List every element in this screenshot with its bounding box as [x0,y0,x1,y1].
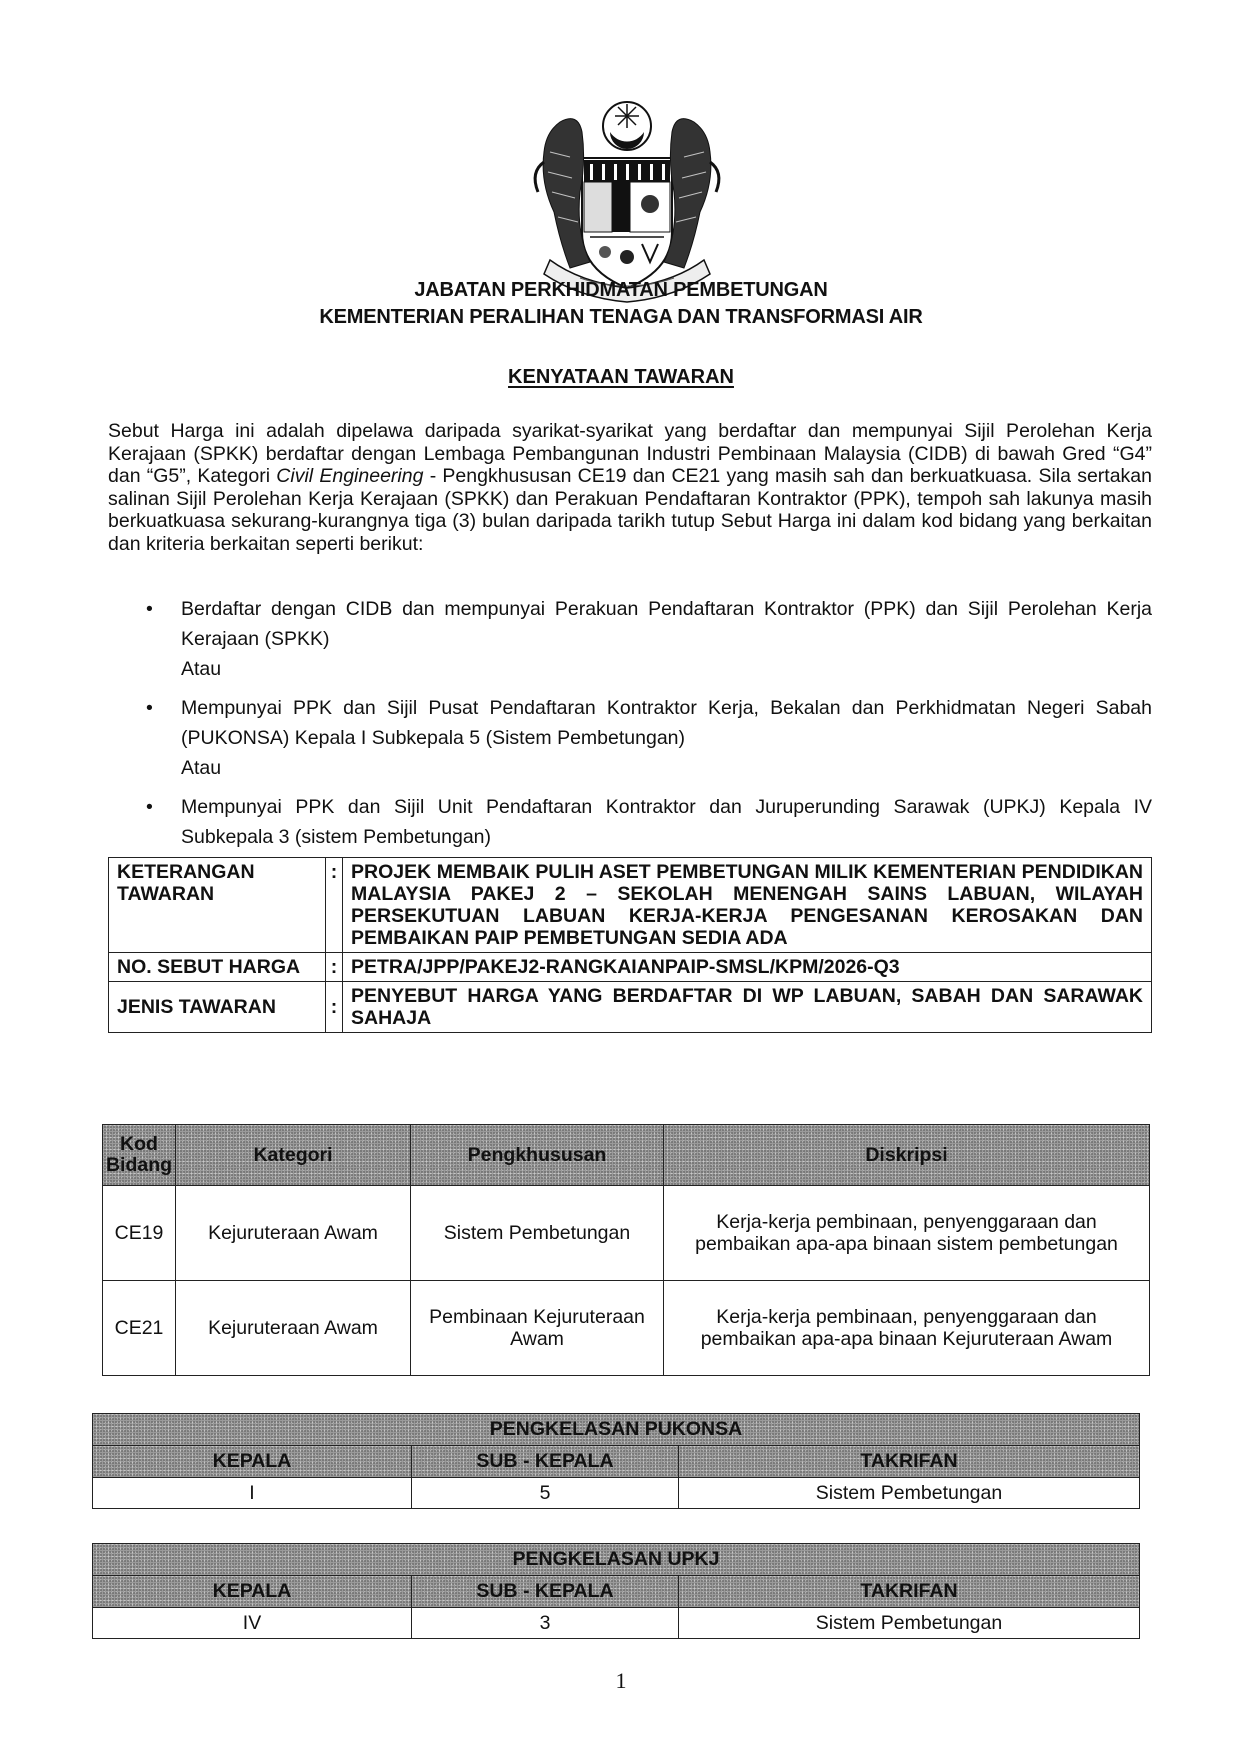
table-cell: I [93,1478,412,1509]
table-cell: Sistem Pembetungan [411,1186,664,1281]
row-label: KETERANGAN TAWARAN [109,858,326,953]
table-cell: 5 [412,1478,679,1509]
column-header: KEPALA [93,1446,412,1478]
row-label: NO. SEBUT HARGA [109,953,326,982]
coat-of-arms-emblem [520,92,734,304]
column-header: Kod Bidang [103,1125,176,1186]
table-cell: Sistem Pembetungan [679,1478,1140,1509]
column-header: Kategori [176,1125,411,1186]
table-cell: IV [93,1608,412,1639]
criteria-item: •Mempunyai PPK dan Sijil Pusat Pendaftar… [108,693,1152,783]
pukonsa-table: PENGKELASAN PUKONSA KEPALA SUB - KEPALA … [92,1413,1140,1509]
classification-table: Kod Bidang Kategori Pengkhususan Diskrip… [102,1124,1150,1376]
table-cell: Kerja-kerja pembinaan, penyenggaraan dan… [664,1186,1150,1281]
criteria-item: •Berdaftar dengan CIDB dan mempunyai Per… [108,594,1152,684]
colon-separator: : [326,953,343,982]
table-header-row: KEPALA SUB - KEPALA TAKRIFAN [93,1446,1140,1478]
upkj-table: PENGKELASAN UPKJ KEPALA SUB - KEPALA TAK… [92,1543,1140,1639]
table-cell: 3 [412,1608,679,1639]
table-row: NO. SEBUT HARGA : PETRA/JPP/PAKEJ2-RANGK… [109,953,1152,982]
quotation-number: PETRA/JPP/PAKEJ2-RANGKAIANPAIP-SMSL/KPM/… [343,953,1152,982]
table-row: IV 3 Sistem Pembetungan [93,1608,1140,1639]
table-row: I 5 Sistem Pembetungan [93,1478,1140,1509]
criteria-item: •Mempunyai PPK dan Sijil Unit Pendaftara… [108,792,1152,852]
table-row: KETERANGAN TAWARAN : PROJEK MEMBAIK PULI… [109,858,1152,953]
bullet-icon: • [146,792,153,822]
criteria-list: •Berdaftar dengan CIDB dan mempunyai Per… [108,594,1152,852]
bullet-icon: • [146,594,153,624]
table-cell: CE19 [103,1186,176,1281]
table-row: CE21 Kejuruteraan Awam Pembinaan Kejurut… [103,1281,1150,1376]
table-header-row: KEPALA SUB - KEPALA TAKRIFAN [93,1576,1140,1608]
table-cell: Pembinaan Kejuruteraan Awam [411,1281,664,1376]
coat-of-arms-icon [520,92,734,304]
table-cell: CE21 [103,1281,176,1376]
page-number: 1 [0,1668,1242,1694]
column-header: TAKRIFAN [679,1446,1140,1478]
intro-paragraph: Sebut Harga ini adalah dipelawa daripada… [108,420,1152,555]
table-title: PENGKELASAN UPKJ [93,1544,1140,1576]
table-cell: Kejuruteraan Awam [176,1281,411,1376]
department-name: JABATAN PERKHIDMATAN PEMBETUNGAN [0,279,1242,302]
table-row: CE19 Kejuruteraan Awam Sistem Pembetunga… [103,1186,1150,1281]
table-cell: Sistem Pembetungan [679,1608,1140,1639]
document-title: KENYATAAN TAWARAN [0,366,1242,389]
column-header: Pengkhususan [411,1125,664,1186]
table-cell: Kejuruteraan Awam [176,1186,411,1281]
offer-info-table: KETERANGAN TAWARAN : PROJEK MEMBAIK PULI… [108,857,1152,1033]
column-header: Diskripsi [664,1125,1150,1186]
column-header: KEPALA [93,1576,412,1608]
ministry-name: KEMENTERIAN PERALIHAN TENAGA DAN TRANSFO… [0,306,1242,329]
connector-text: Atau [108,654,1152,684]
column-header: TAKRIFAN [679,1576,1140,1608]
connector-text: Atau [108,753,1152,783]
column-header: SUB - KEPALA [412,1576,679,1608]
row-label: JENIS TAWARAN [109,982,326,1033]
table-row: JENIS TAWARAN : PENYEBUT HARGA YANG BERD… [109,982,1152,1033]
colon-separator: : [326,982,343,1033]
bullet-icon: • [146,693,153,723]
offer-description: PROJEK MEMBAIK PULIH ASET PEMBETUNGAN MI… [343,858,1152,953]
table-title: PENGKELASAN PUKONSA [93,1414,1140,1446]
colon-separator: : [326,858,343,953]
intro-italic-term: Civil Engineering [276,465,423,487]
offer-type: PENYEBUT HARGA YANG BERDAFTAR DI WP LABU… [343,982,1152,1033]
column-header: SUB - KEPALA [412,1446,679,1478]
table-cell: Kerja-kerja pembinaan, penyenggaraan dan… [664,1281,1150,1376]
table-header-row: Kod Bidang Kategori Pengkhususan Diskrip… [103,1125,1150,1186]
